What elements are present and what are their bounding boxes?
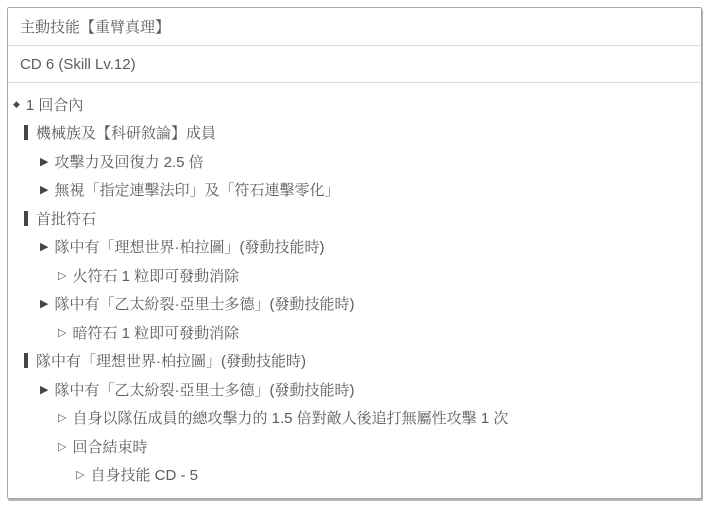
- skill-line-text: 隊中有「乙太紛裂·亞里士多德」(發動技能時): [54, 379, 354, 400]
- triangle-right-outline-icon: ▷: [58, 440, 66, 453]
- skill-line: ▷火符石 1 粒即可發動消除: [8, 261, 701, 290]
- skill-line-text: 1 回合內: [26, 94, 84, 115]
- skill-line-text: 機械族及【科研敘論】成員: [36, 122, 216, 143]
- triangle-right-filled-icon: ▶: [40, 297, 48, 310]
- skill-line-text: 無視「指定連擊法印」及「符石連擊零化」: [54, 179, 339, 200]
- triangle-right-outline-icon: ▷: [58, 269, 66, 282]
- triangle-right-filled-icon: ▶: [40, 383, 48, 396]
- triangle-right-outline-icon: ▷: [58, 411, 66, 424]
- diamond-bullet-icon: ◆: [13, 99, 20, 110]
- skill-line-text: 隊中有「理想世界·柏拉圖」(發動技能時): [36, 350, 306, 371]
- skill-cd-text: CD 6 (Skill Lv.12): [20, 56, 136, 73]
- skill-line-text: 暗符石 1 粒即可發動消除: [72, 322, 239, 343]
- skill-line-text: 攻擊力及回復力 2.5 倍: [54, 151, 203, 172]
- skill-line-text: 隊中有「乙太紛裂·亞里士多德」(發動技能時): [54, 293, 354, 314]
- skill-cd-row: CD 6 (Skill Lv.12): [8, 46, 701, 83]
- skill-description-body: ◆1 回合內機械族及【科研敘論】成員▶攻擊力及回復力 2.5 倍▶無視「指定連擊…: [8, 83, 701, 489]
- skill-line: 首批符石: [8, 204, 701, 233]
- skill-line: 隊中有「理想世界·柏拉圖」(發動技能時): [8, 347, 701, 376]
- skill-lines: ◆1 回合內機械族及【科研敘論】成員▶攻擊力及回復力 2.5 倍▶無視「指定連擊…: [8, 90, 701, 489]
- skill-table-header-row: 主動技能【重臂真理】: [8, 8, 701, 46]
- triangle-right-filled-icon: ▶: [40, 183, 48, 196]
- skill-line: ▶隊中有「乙太紛裂·亞里士多德」(發動技能時): [8, 375, 701, 404]
- skill-line-text: 回合結束時: [72, 436, 147, 457]
- skill-line: ▷暗符石 1 粒即可發動消除: [8, 318, 701, 347]
- skill-line: ▶無視「指定連擊法印」及「符石連擊零化」: [8, 176, 701, 205]
- skill-line: ▷自身技能 CD - 5: [8, 461, 701, 490]
- triangle-right-outline-icon: ▷: [76, 468, 84, 481]
- skill-line: ▶隊中有「乙太紛裂·亞里士多德」(發動技能時): [8, 290, 701, 319]
- skill-line-text: 隊中有「理想世界·柏拉圖」(發動技能時): [54, 236, 324, 257]
- skill-line: ▷回合結束時: [8, 432, 701, 461]
- triangle-right-filled-icon: ▶: [40, 155, 48, 168]
- skill-line: ▶攻擊力及回復力 2.5 倍: [8, 147, 701, 176]
- section-bar-icon: [24, 353, 28, 368]
- section-bar-icon: [24, 125, 28, 140]
- skill-line: 機械族及【科研敘論】成員: [8, 119, 701, 148]
- skill-line: ◆1 回合內: [8, 90, 701, 119]
- skill-line-text: 首批符石: [36, 208, 96, 229]
- triangle-right-outline-icon: ▷: [58, 326, 66, 339]
- triangle-right-filled-icon: ▶: [40, 240, 48, 253]
- skill-info-table: 主動技能【重臂真理】 CD 6 (Skill Lv.12) ◆1 回合內機械族及…: [7, 7, 702, 499]
- section-bar-icon: [24, 211, 28, 226]
- skill-line-text: 自身技能 CD - 5: [90, 464, 198, 485]
- skill-line: ▷自身以隊伍成員的總攻擊力的 1.5 倍對敵人後追打無屬性攻擊 1 次: [8, 404, 701, 433]
- skill-title: 主動技能【重臂真理】: [20, 16, 170, 37]
- skill-line-text: 自身以隊伍成員的總攻擊力的 1.5 倍對敵人後追打無屬性攻擊 1 次: [72, 407, 508, 428]
- skill-line-text: 火符石 1 粒即可發動消除: [72, 265, 239, 286]
- skill-line: ▶隊中有「理想世界·柏拉圖」(發動技能時): [8, 233, 701, 262]
